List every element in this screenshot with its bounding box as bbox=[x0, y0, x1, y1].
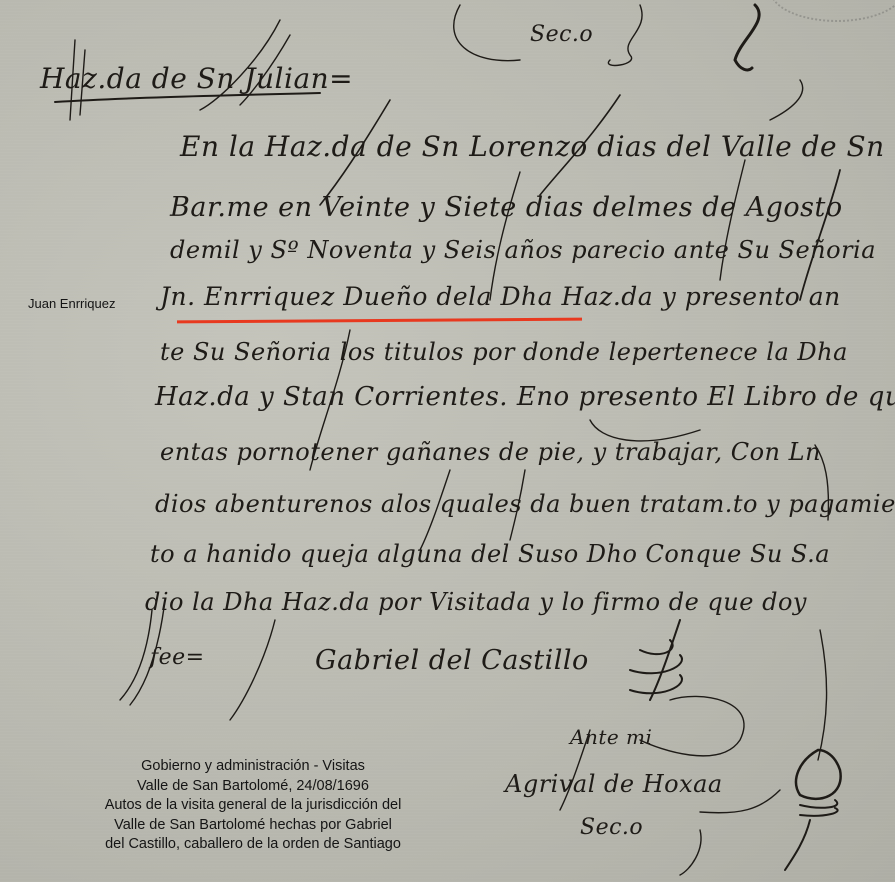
manuscript-line-1: En la Haz.da de Sn Lorenzo dias del Vall… bbox=[180, 130, 885, 163]
manuscript-line-10: dio la Dha Haz.da por Visitada y lo firm… bbox=[145, 588, 807, 616]
caption-line-1: Gobierno y administración - Visitas bbox=[48, 757, 458, 777]
manuscript-line-8: dios abenturenos alos quales da buen tra… bbox=[155, 490, 895, 518]
manuscript-line-6: Haz.da y Stan Corrientes. Eno presento E… bbox=[155, 382, 895, 412]
manuscript-line-4: Jn. Enrriquez Dueño dela Dha Haz.da y pr… bbox=[160, 282, 841, 311]
caption-line-4: Valle de San Bartolomé hechas por Gabrie… bbox=[48, 816, 458, 836]
signature-secretary: Sec.o bbox=[580, 815, 643, 840]
signature-ante-mi: Ante mi bbox=[570, 725, 652, 749]
signature-gabriel-del-castillo: Gabriel del Castillo bbox=[315, 645, 589, 676]
manuscript-line-7: entas pornotener gañanes de pie, y traba… bbox=[160, 438, 821, 466]
caption-line-2: Valle de San Bartolomé, 24/08/1696 bbox=[48, 777, 458, 797]
caption-line-5: del Castillo, caballero de la orden de S… bbox=[48, 835, 458, 855]
top-note: Sec.o bbox=[530, 22, 593, 47]
name-annotation: Juan Enrriquez bbox=[28, 296, 115, 311]
signature-notary: Agrival de Hoxaa bbox=[505, 770, 723, 798]
manuscript-line-11: fee= bbox=[150, 645, 205, 670]
manuscript-line-2: Bar.me en Veinte y Siete dias delmes de … bbox=[170, 192, 843, 223]
manuscript-page: Sec.o Haz.da de Sn Julian= En la Haz.da … bbox=[0, 0, 895, 882]
document-caption: Gobierno y administración - Visitas Vall… bbox=[48, 757, 458, 855]
heading: Haz.da de Sn Julian= bbox=[40, 62, 353, 95]
manuscript-line-5: te Su Señoria los titulos por donde lepe… bbox=[160, 338, 848, 366]
manuscript-line-3: demil y Sº Noventa y Seis años parecio a… bbox=[170, 236, 876, 264]
manuscript-line-9: to a hanido queja alguna del Suso Dho Co… bbox=[150, 540, 830, 568]
caption-line-3: Autos de la visita general de la jurisdi… bbox=[48, 796, 458, 816]
